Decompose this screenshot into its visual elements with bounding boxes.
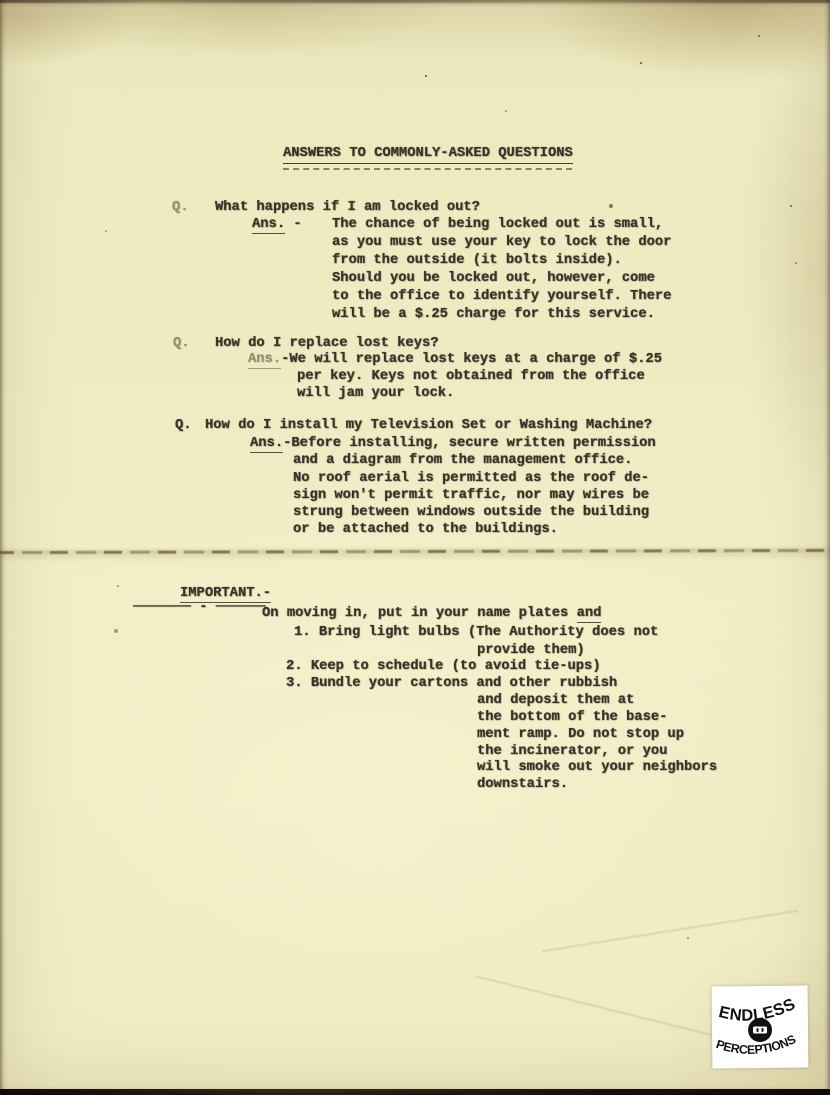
question-3-text: How do I install my Television Set or Wa…: [205, 418, 652, 434]
answer-2-line: per key. Keys not obtained from the offi…: [297, 369, 645, 385]
answer-3-line: or be attached to the buildings.: [293, 522, 558, 538]
important-item-3-cont: ment ramp. Do not stop up: [477, 727, 684, 743]
scan-edge-bottom: [0, 1089, 830, 1095]
record-label-mark: [757, 1028, 759, 1032]
important-intro-text: On moving in, put in your name plates: [262, 606, 577, 621]
important-intro-line: On moving in, put in your name plates an…: [262, 606, 601, 622]
answer-1-label: Ans. -: [252, 217, 302, 233]
important-item-1-cont: provide them): [477, 643, 585, 659]
answer-1-line: from the outside (it bolts inside).: [332, 253, 622, 269]
answer-3-line: No roof aerial is permitted as the roof …: [293, 471, 649, 487]
answer-3-line: sign won't permit traffic, nor may wires…: [293, 488, 649, 504]
important-item-1: 1. Bring light bulbs (The Authority does…: [294, 625, 658, 641]
important-item-3-cont: the incinerator, or you: [477, 744, 667, 760]
endless-perceptions-logo: ENDLESS PERCEPTIONS: [712, 985, 809, 1068]
important-dash-row: ─────── - ──────: [133, 600, 265, 616]
answer-1-line: as you must use your key to lock the doo…: [332, 235, 671, 251]
important-item-3-cont: downstairs.: [477, 777, 568, 793]
record-label-mark: [762, 1028, 764, 1032]
paper-speckles: [425, 75, 427, 77]
document-title-text: ANSWERS TO COMMONLY-ASKED QUESTIONS: [283, 146, 573, 164]
important-item-2: 2. Keep to schedule (to avoid tie-ups): [286, 659, 601, 675]
logo-graphic: ENDLESS PERCEPTIONS: [712, 985, 809, 1068]
answer-1-line: The chance of being locked out is small,: [332, 217, 663, 233]
important-item-3: 3. Bundle your cartons and other rubbish: [286, 676, 617, 692]
document-title: ANSWERS TO COMMONLY-ASKED QUESTIONS: [283, 146, 573, 162]
question-3-label: Q.: [175, 418, 192, 434]
answer-1-separator: -: [285, 217, 302, 232]
answer-1-label-text: Ans.: [252, 217, 285, 234]
important-item-3-cont: the bottom of the base-: [477, 710, 667, 726]
question-1-text: What happens if I am locked out?: [215, 200, 480, 216]
paper-wrinkle: [541, 910, 798, 952]
answer-1-line: to the office to identify yourself. Ther…: [332, 289, 671, 305]
fold-crease: [0, 549, 830, 554]
answer-3-line: strung between windows outside the build…: [293, 505, 649, 521]
important-item-3-cont: will smoke out your neighbors: [477, 760, 717, 776]
answer-3-line: and a diagram from the management office…: [293, 453, 632, 469]
scan-edge-top: [0, 0, 830, 3]
answer-3-first-text: -Before installing, secure written permi…: [283, 436, 656, 451]
answer-3-label-text: Ans.: [250, 436, 283, 453]
important-intro-and: and: [577, 606, 602, 623]
question-2-label: Q.: [173, 336, 190, 352]
record-label: [753, 1026, 767, 1033]
answer-1-line: Should you be locked out, however, come: [332, 271, 655, 287]
scanned-document-page: ANSWERS TO COMMONLY-ASKED QUESTIONS Q. W…: [0, 0, 830, 1095]
important-item-3-cont: and deposit them at: [477, 693, 634, 709]
answer-1-line: will be a $.25 charge for this service.: [332, 307, 655, 323]
title-second-underline: [283, 168, 572, 170]
answer-2-label-text: Ans.: [248, 352, 281, 369]
answer-2-line: will jam your lock.: [297, 386, 454, 402]
answer-3-first-line: Ans.-Before installing, secure written p…: [250, 436, 656, 452]
question-1-label: Q.: [172, 200, 189, 216]
question-2-text: How do I replace lost keys?: [215, 336, 439, 352]
answer-2-first-line: Ans.-We will replace lost keys at a char…: [248, 352, 662, 368]
answer-2-first-text: -We will replace lost keys at a charge o…: [281, 352, 662, 367]
